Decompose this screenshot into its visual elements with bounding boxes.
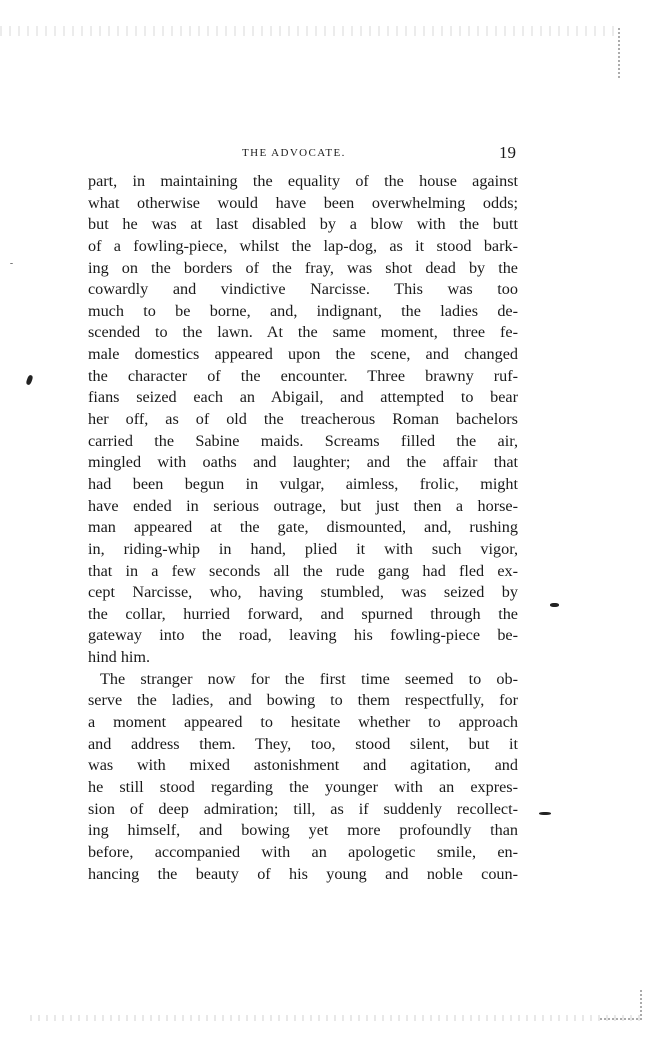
text-line: that in a few seconds all the rude gang … — [88, 561, 518, 583]
text-line-paragraph-end: hind him. — [88, 647, 518, 669]
text-line: cowardly and vindictive Narcisse. This w… — [88, 279, 518, 301]
text-line: mingled with oaths and laughter; and the… — [88, 452, 518, 474]
ink-mark-right-2 — [539, 812, 551, 815]
text-line: gateway into the road, leaving his fowli… — [88, 625, 518, 647]
text-line: male domestics appeared upon the scene, … — [88, 344, 518, 366]
text-line: sion of deep admiration; till, as if sud… — [88, 799, 518, 821]
text-line: what otherwise would have been overwhelm… — [88, 193, 518, 215]
text-line: fians seized each an Abigail, and attemp… — [88, 387, 518, 409]
text-line: of a fowling-piece, whilst the lap-dog, … — [88, 236, 518, 258]
text-line: but he was at last disabled by a blow wi… — [88, 214, 518, 236]
text-line: part, in maintaining the equality of the… — [88, 171, 518, 193]
page-number: 19 — [499, 143, 516, 163]
text-line: her off, as of old the treacherous Roman… — [88, 409, 518, 431]
text-line: cept Narcisse, who, having stumbled, was… — [88, 582, 518, 604]
text-line: man appeared at the gate, dismounted, an… — [88, 517, 518, 539]
ink-tick-left — [10, 263, 13, 264]
body-text: part, in maintaining the equality of the… — [88, 171, 518, 885]
text-line: scended to the lawn. At the same moment,… — [88, 322, 518, 344]
running-head: THE ADVOCATE. 19 — [88, 143, 518, 165]
running-title: THE ADVOCATE. — [242, 147, 346, 159]
text-line: have ended in serious outrage, but just … — [88, 496, 518, 518]
scanned-book-page: THE ADVOCATE. 19 part, in maintaining th… — [0, 0, 650, 1044]
text-line: hancing the beauty of his young and nobl… — [88, 864, 518, 886]
text-line: serve the ladies, and bowing to them res… — [88, 690, 518, 712]
scan-edge-top — [0, 26, 620, 36]
text-line: before, accompanied with an apologetic s… — [88, 842, 518, 864]
text-line: ing himself, and bowing yet more profoun… — [88, 820, 518, 842]
text-line: in, riding-whip in hand, plied it with s… — [88, 539, 518, 561]
text-line: he still stood regarding the younger wit… — [88, 777, 518, 799]
scan-edge-bottom — [30, 1015, 640, 1021]
text-line: had been begun in vulgar, aimless, froli… — [88, 474, 518, 496]
scan-corner-top-right — [588, 28, 620, 78]
text-line-paragraph-start: The stranger now for the first time seem… — [88, 669, 518, 691]
text-line: a moment appeared to hesitate whether to… — [88, 712, 518, 734]
text-line: ing on the borders of the fray, was shot… — [88, 258, 518, 280]
text-line: and address them. They, too, stood silen… — [88, 734, 518, 756]
text-line: carried the Sabine maids. Screams filled… — [88, 431, 518, 453]
text-line: much to be borne, and, indignant, the la… — [88, 301, 518, 323]
ink-mark-right — [550, 603, 559, 607]
text-line: was with mixed astonishment and agitatio… — [88, 755, 518, 777]
ink-blot-left — [25, 374, 33, 385]
text-line: the character of the encounter. Three br… — [88, 366, 518, 388]
scan-corner-bottom-right — [600, 990, 642, 1020]
text-line: the collar, hurried forward, and spurned… — [88, 604, 518, 626]
